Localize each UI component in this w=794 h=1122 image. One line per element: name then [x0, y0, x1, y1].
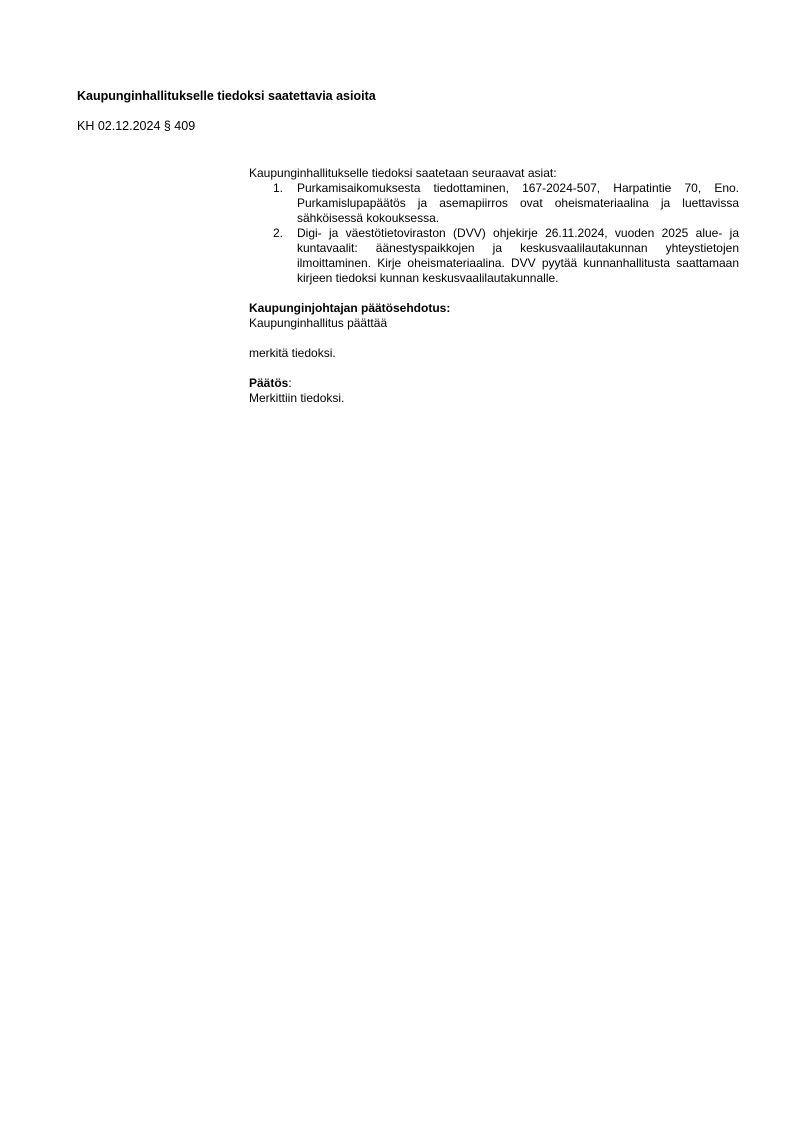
list-item: 2. Digi- ja väestötietoviraston (DVV) oh… — [249, 226, 739, 286]
proposal-heading: Kaupunginjohtajan päätösehdotus: — [249, 301, 739, 316]
list-item-text: Purkamisaikomuksesta tiedottaminen, 167-… — [297, 181, 739, 225]
proposal-line-1: Kaupunginhallitus päättää — [249, 316, 739, 331]
proposal-line-2: merkitä tiedoksi. — [249, 346, 739, 361]
list-item-text: Digi- ja väestötietoviraston (DVV) ohjek… — [297, 226, 739, 285]
spacer — [249, 361, 739, 376]
list-item: 1. Purkamisaikomuksesta tiedottaminen, 1… — [249, 181, 739, 226]
decision-heading-colon: : — [288, 376, 291, 390]
list-item-number: 1. — [273, 181, 283, 196]
decision-heading-line: Päätös: — [249, 376, 739, 391]
decision-section: Päätös: Merkittiin tiedoksi. — [249, 376, 739, 406]
list-item-number: 2. — [273, 226, 283, 241]
proposal-section: Kaupunginjohtajan päätösehdotus: Kaupung… — [249, 301, 739, 361]
intro-text: Kaupunginhallitukselle tiedoksi saatetaa… — [249, 166, 739, 181]
document-title: Kaupunginhallitukselle tiedoksi saatetta… — [77, 89, 376, 104]
spacer — [249, 331, 739, 346]
document-body: Kaupunginhallitukselle tiedoksi saatetaa… — [249, 166, 739, 406]
item-list: 1. Purkamisaikomuksesta tiedottaminen, 1… — [249, 181, 739, 286]
decision-heading: Päätös — [249, 376, 288, 390]
decision-text: Merkittiin tiedoksi. — [249, 391, 739, 406]
meeting-reference: KH 02.12.2024 § 409 — [77, 119, 195, 134]
